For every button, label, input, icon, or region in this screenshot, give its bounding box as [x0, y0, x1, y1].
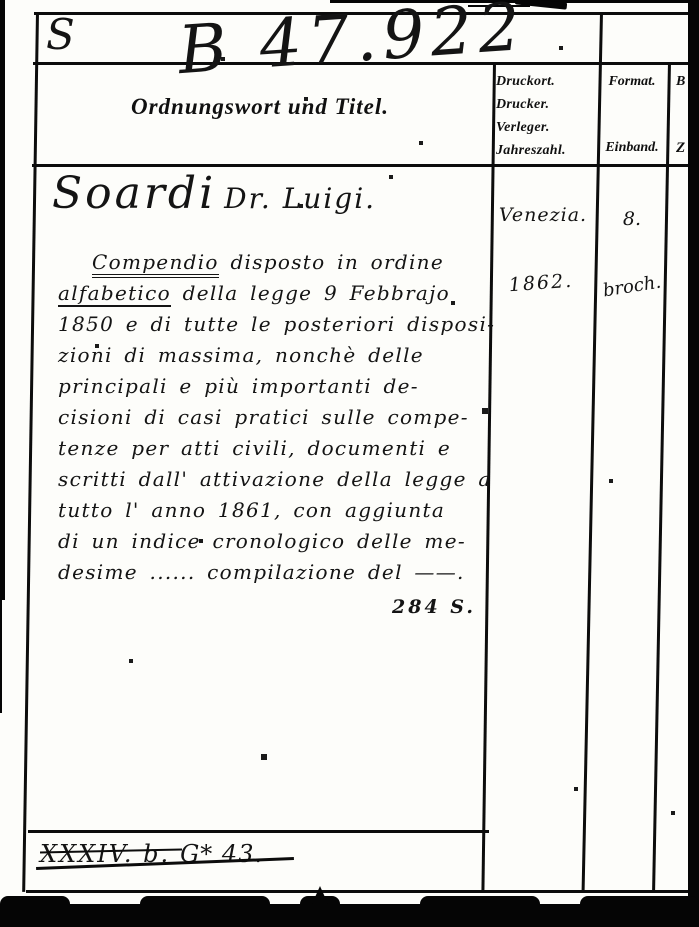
title-line-text: 1850 e di tutte le posteriori disposi- [58, 312, 495, 336]
binding-value: broch. [591, 270, 673, 303]
title-line-text: desime ...... compilazione del ——. [58, 560, 465, 584]
author-heading: SoardiDr. Luigi. [52, 168, 376, 219]
imprint-header-line-verleger: Verleger. [496, 116, 596, 139]
ink-specks [0, 0, 2, 2]
title-line-text: scritti dall' attivazione della legge a [58, 467, 492, 491]
column-header-format: Format. [598, 74, 666, 90]
underlined-word: alfabetico [58, 281, 171, 307]
title-line: zioni di massima, nonchè delle [58, 343, 490, 374]
page-count: 284 S. [392, 596, 476, 618]
catalog-card-scan: Ordnungswort und Titel. Druckort. Drucke… [0, 0, 699, 927]
title-line: desime ...... compilazione del ——. [58, 560, 490, 591]
title-line: tutto l' anno 1861, con aggiunta [58, 498, 490, 529]
title-line: tenze per atti civili, documenti e [58, 436, 490, 467]
call-number: B 47.922 [176, 0, 529, 89]
divider-cutoff-column [652, 62, 671, 892]
title-line-text: disposto in ordine [219, 250, 444, 274]
imprint-header-line-jahreszahl: Jahreszahl. [496, 139, 596, 162]
author-name: Dr. Luigi. [224, 182, 376, 215]
scan-edge-left [0, 0, 5, 600]
title-line-text: della legge 9 Febbrajo [171, 281, 450, 305]
column-header-cutoff-top: B [676, 74, 685, 90]
title-line-text: tenze per atti civili, documenti e [58, 436, 451, 460]
scan-bottom-bump [140, 896, 270, 908]
title-line: 1850 e di tutte le posteriori disposi- [58, 312, 490, 343]
title-line: alfabetico della legge 9 Febbrajo [58, 281, 490, 312]
scan-bottom-bump [420, 896, 540, 908]
title-line-text: cisioni di casi pratici sulle compe- [58, 405, 469, 429]
title-line: scritti dall' attivazione della legge a [58, 467, 490, 498]
scan-edge-right [688, 0, 699, 927]
format-value: 8. [598, 208, 666, 230]
column-header-imprint: Druckort. Drucker. Verleger. Jahreszahl. [496, 70, 596, 162]
scan-bottom-bump [580, 896, 699, 908]
title-line: Compendio disposto in ordine [58, 250, 490, 281]
column-header-einband: Einband. [596, 140, 668, 156]
title-line-text: principali e più importanti de- [58, 374, 419, 398]
author-surname: Soardi [52, 168, 216, 219]
underlined-word: Compendio [92, 250, 219, 278]
title-line-text: tutto l' anno 1861, con aggiunta [58, 498, 445, 522]
title-transcription: Compendio disposto in ordine alfabetico … [58, 250, 490, 591]
title-line: di un indice cronologico delle me- [58, 529, 490, 560]
column-header-cutoff-bottom: Z [676, 140, 685, 157]
imprint-year: 1862. [487, 268, 594, 297]
title-line-text: di un indice cronologico delle me- [58, 529, 466, 553]
scan-bottom-spike-mark [312, 886, 328, 904]
imprint-place: Venezia. [490, 204, 596, 226]
scan-edge-left-fade [0, 598, 2, 713]
column-header-title: Ordnungswort und Titel. [32, 94, 488, 120]
title-line-text: zioni di massima, nonchè delle [58, 343, 424, 367]
card-border-bottom [26, 890, 699, 893]
imprint-header-line-drucker: Drucker. [496, 93, 596, 116]
card-border-left [22, 12, 39, 892]
title-line: principali e più importanti de- [58, 374, 490, 405]
scan-bottom-bump [0, 896, 70, 908]
ordnungswort-initial: S [46, 10, 75, 59]
title-line: cisioni di casi pratici sulle compe- [58, 405, 490, 436]
imprint-header-line-druckort: Druckort. [496, 70, 596, 93]
rule-above-shelfmark-row [28, 830, 489, 833]
